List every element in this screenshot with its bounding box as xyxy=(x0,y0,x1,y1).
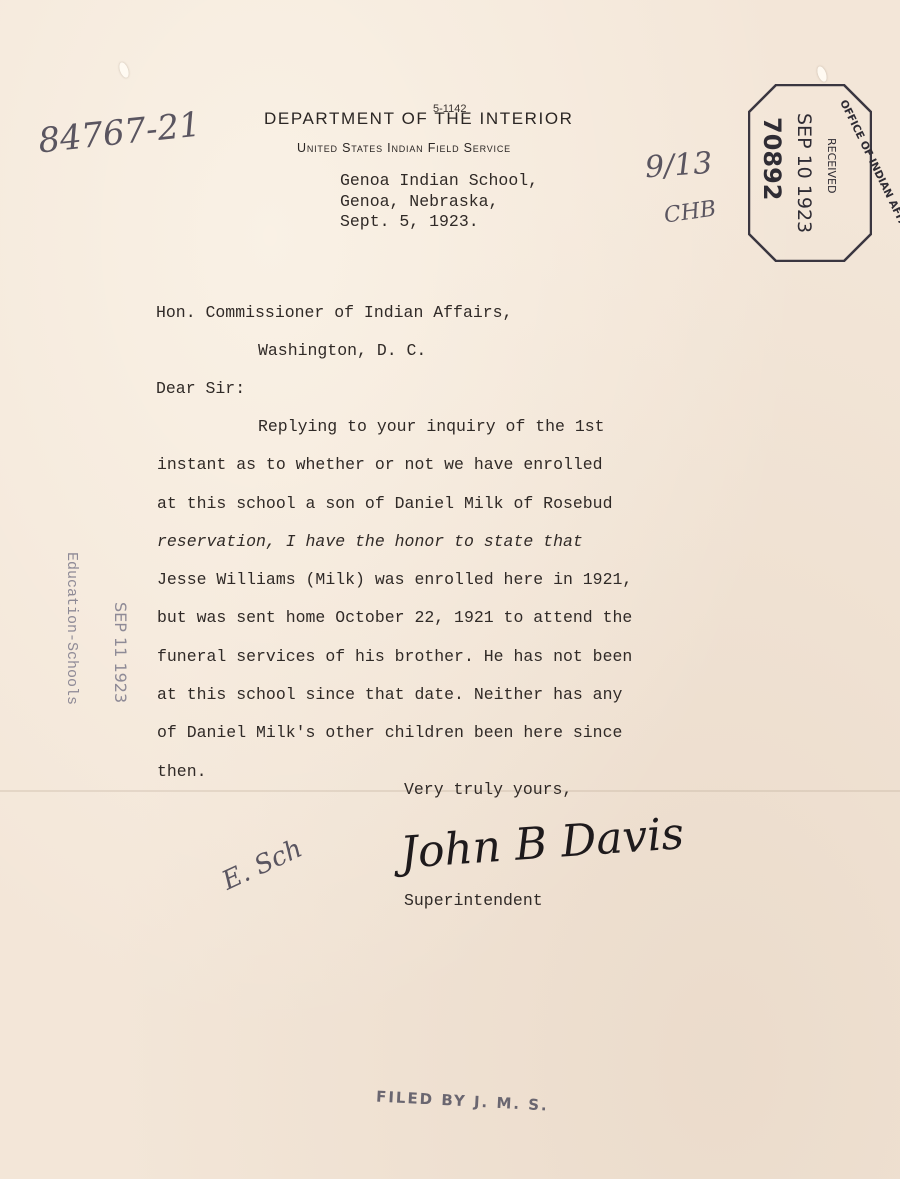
handwritten-date-note: 9/13 xyxy=(644,146,714,186)
handwritten-margin-note: E. Sch xyxy=(218,834,307,897)
handwritten-file-number: 84767-21 xyxy=(36,105,202,162)
body-line: of Daniel Milk's other children been her… xyxy=(157,725,632,763)
body-line: at this school a son of Daniel Milk of R… xyxy=(157,496,632,534)
salutation: Dear Sir: xyxy=(156,381,245,398)
filed-by-stamp: FILED BY J. M. S. xyxy=(376,1087,550,1114)
letter-date: Sept. 5, 1923. xyxy=(340,214,538,231)
handwritten-initials: CHB xyxy=(663,196,718,228)
body-line: instant as to whether or not we have enr… xyxy=(157,457,632,495)
body-line: funeral services of his brother. He has … xyxy=(157,649,632,687)
signatory-title: Superintendent xyxy=(404,893,543,910)
signature: John B Davis xyxy=(399,808,686,879)
body-line: reservation, I have the honor to state t… xyxy=(157,534,632,572)
sender-line: Genoa Indian School, xyxy=(340,173,538,190)
margin-date-stamp: SEP 11 1923 xyxy=(111,602,130,703)
body-line: but was sent home October 22, 1921 to at… xyxy=(157,610,632,648)
stamp-number: 70892 xyxy=(758,117,786,201)
sender-address: Genoa Indian School, Genoa, Nebraska, Se… xyxy=(340,173,538,231)
stamp-received-date: SEP 10 1923 xyxy=(793,113,815,233)
recipient-line: Hon. Commissioner of Indian Affairs, xyxy=(156,305,512,322)
letter-body: Replying to your inquiry of the 1st inst… xyxy=(157,419,632,802)
body-line: Replying to your inquiry of the 1st xyxy=(157,419,632,457)
punch-hole-left xyxy=(118,61,131,79)
stamp-received-label: RECEIVED xyxy=(825,138,838,193)
closing: Very truly yours, xyxy=(404,782,572,799)
body-line: Jesse Williams (Milk) was enrolled here … xyxy=(157,572,632,610)
recipient-line: Washington, D. C. xyxy=(258,343,426,360)
body-line: at this school since that date. Neither … xyxy=(157,687,632,725)
sender-line: Genoa, Nebraska, xyxy=(340,194,538,211)
service-subheading: United States Indian Field Service xyxy=(297,141,511,155)
margin-category-stamp: Education-Schools xyxy=(63,552,80,705)
punch-hole-right xyxy=(816,65,829,83)
department-heading: DEPARTMENT OF THE INTERIOR xyxy=(264,109,574,129)
